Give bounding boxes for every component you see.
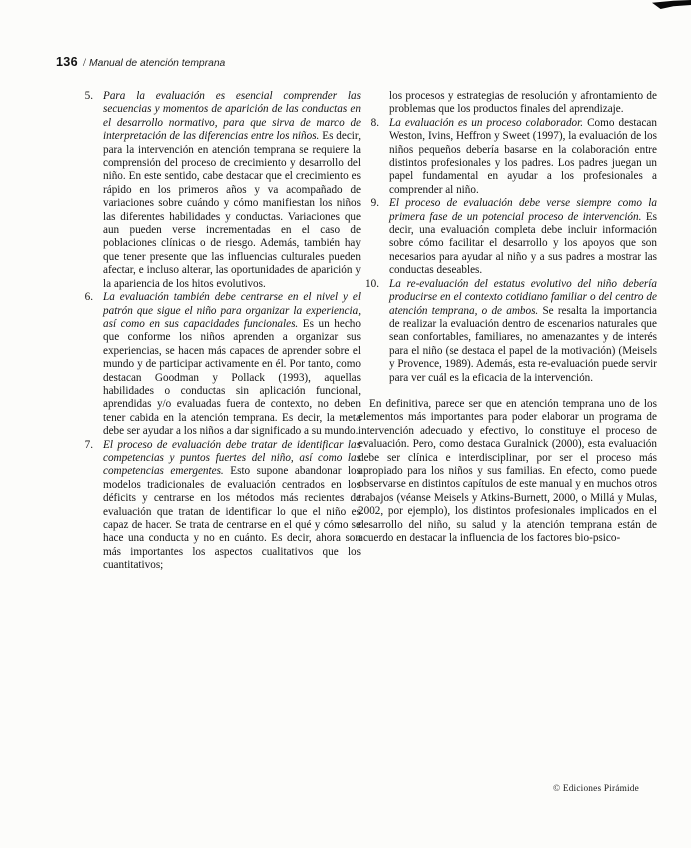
list-item-rest: Es un hecho que conforme los niños apren… (103, 318, 361, 437)
publisher-copyright: © Ediciones Pirámide (553, 784, 639, 794)
list-item-text: La re-evaluación del estatus evolutivo d… (389, 278, 657, 385)
list-item-rest: Es decir, para la intervención en atenci… (103, 130, 361, 289)
list-item-number: 10. (358, 278, 389, 291)
item-7-continuation: los procesos y estrategias de resolución… (389, 90, 657, 117)
page-number: 136 (56, 55, 78, 69)
list-item-number: 5. (72, 90, 103, 103)
list-item-text: Para la evaluación es esencial comprende… (103, 90, 361, 291)
list-item-number: 8. (358, 117, 389, 130)
right-text-column: los procesos y estrategias de resolución… (358, 90, 657, 545)
list-item-text: La evaluación es un proceso colaborador.… (389, 117, 657, 197)
list-item-number: 6. (72, 291, 103, 304)
list-item-number: 7. (72, 439, 103, 452)
list-item-8: 8. La evaluación es un proceso colaborad… (358, 117, 657, 197)
header-separator: / (78, 57, 89, 69)
left-text-column: 5. Para la evaluación es esencial compre… (72, 90, 361, 573)
list-item-text: El proceso de evaluación debe verse siem… (389, 197, 657, 277)
list-item-10: 10. La re-evaluación del estatus evoluti… (358, 278, 657, 385)
list-item-rest: Esto supone abandonar los modelos tradic… (103, 465, 361, 571)
list-item-text: La evaluación también debe centrarse en … (103, 291, 361, 438)
list-item-6: 6. La evaluación también debe centrarse … (72, 291, 361, 438)
closing-paragraph: En definitiva, parece ser que en atenció… (358, 398, 657, 545)
list-item-7: 7. El proceso de evaluación debe tratar … (72, 439, 361, 573)
list-item-5: 5. Para la evaluación es esencial compre… (72, 90, 361, 291)
list-item-number: 9. (358, 197, 389, 210)
page-header: 136/Manual de atención temprana (56, 55, 225, 69)
list-item-lead: El proceso de evaluación debe verse siem… (389, 197, 657, 222)
scan-corner-artifact (652, 0, 691, 9)
list-item-9: 9. El proceso de evaluación debe verse s… (358, 197, 657, 277)
list-item-lead: La evaluación es un proceso colaborador. (389, 117, 583, 129)
book-title: Manual de atención temprana (89, 58, 225, 69)
list-item-text: El proceso de evaluación debe tratar de … (103, 439, 361, 573)
